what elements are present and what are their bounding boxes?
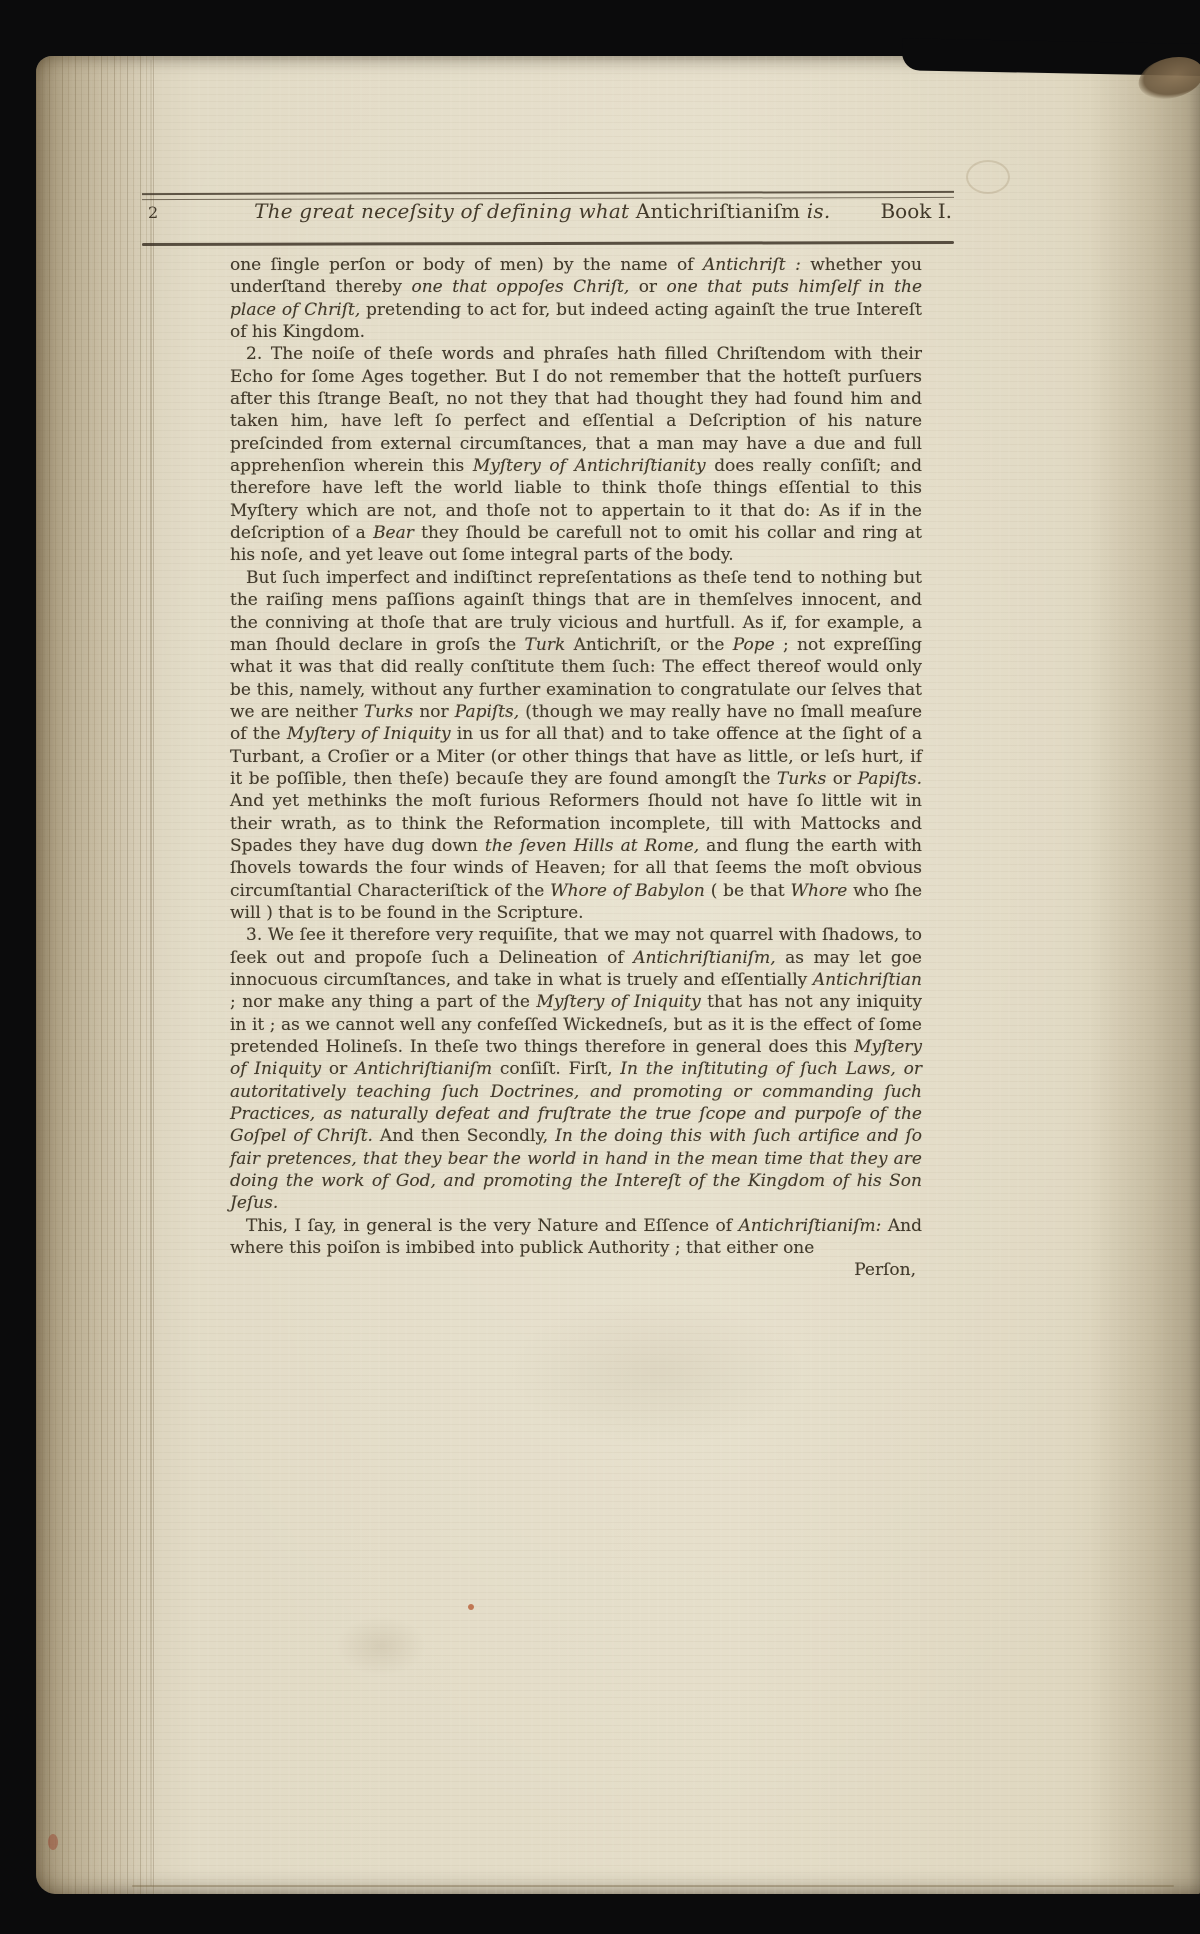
italic-run: Pope — [733, 635, 775, 655]
italic-run: Papiſts, — [455, 702, 519, 722]
roman-run: or — [826, 769, 857, 789]
paragraph: But ſuch imperfect and indiſtinct repreſ… — [230, 567, 922, 925]
italic-run: Whore of Babylon — [550, 881, 705, 901]
italic-run: Antichriſtianiſm: — [739, 1216, 882, 1236]
running-title-is: is. — [807, 199, 831, 223]
bottom-edge-line — [132, 1885, 1174, 1887]
paragraph: one ſingle perſon or body of men) by the… — [230, 254, 922, 343]
roman-run: This, I ſay, in general is the very Natu… — [246, 1216, 739, 1236]
italic-run: Antichriſt : — [703, 255, 810, 275]
italic-run: one that oppoſes Chriſt, — [412, 277, 630, 297]
roman-run: ( be that — [705, 881, 791, 901]
page-stack-fore-edge — [36, 56, 154, 1894]
roman-run: or — [321, 1059, 355, 1079]
book-label: Book I. — [880, 199, 954, 223]
roman-run: one ſingle perſon or body of men) by the… — [230, 255, 703, 275]
page-number: 2 — [142, 203, 204, 222]
stain — [336, 1616, 426, 1676]
italic-run: Turks — [364, 702, 413, 722]
italic-run: Bear — [373, 523, 414, 543]
book-page: 2 The great neceſsity of defining what A… — [36, 56, 1200, 1894]
italic-run: Antichriſtianiſm — [355, 1059, 492, 1079]
stain — [966, 160, 1010, 194]
italic-run: Whore — [791, 881, 848, 901]
running-header: 2 The great neceſsity of defining what A… — [142, 199, 954, 235]
italic-run: Myſtery of Iniquity — [536, 992, 700, 1012]
photo-background: { "page_header": { "page_number": "2", "… — [0, 0, 1200, 1934]
roman-run: ; nor make any thing a part of the — [230, 992, 536, 1012]
text-block: one ſingle perſon or body of men) by the… — [230, 254, 922, 1282]
stain — [506, 1296, 806, 1446]
running-title: The great neceſsity of defining what Ant… — [204, 199, 880, 223]
edge-mark — [48, 1834, 58, 1850]
italic-run: Myſtery of Iniquity — [287, 724, 451, 744]
italic-run: Turks — [777, 769, 826, 789]
italic-run: Antichriſtianiſm, — [633, 948, 775, 968]
italic-run: the ſeven Hills at Rome, — [485, 836, 699, 856]
paragraph: This, I ſay, in general is the very Natu… — [230, 1215, 922, 1260]
italic-run: Papiſts. — [858, 769, 922, 789]
header-rule-bottom — [142, 241, 954, 246]
paragraph: 2. The noiſe of theſe words and phraſes … — [230, 343, 922, 566]
ink-speck — [468, 1604, 474, 1610]
roman-run: Antichriſt, or the — [565, 635, 733, 655]
roman-run: And then Secondly, — [373, 1126, 555, 1146]
italic-run: Antichriſtian — [813, 970, 922, 990]
catchword: Perſon, — [230, 1259, 922, 1281]
italic-run: Turk — [525, 635, 566, 655]
running-title-italic: The great neceſsity of defining what — [254, 199, 629, 223]
gutter-shadow — [1090, 56, 1200, 1894]
running-title-roman: Antichriſtianiſm — [629, 199, 807, 223]
roman-run: or — [629, 277, 666, 297]
leaf-edge-line — [150, 60, 152, 1886]
paragraph: 3. We ſee it therefore very requiſite, t… — [230, 924, 922, 1214]
roman-run: nor — [413, 702, 455, 722]
italic-run: Myſtery of Antichriſtianity — [473, 456, 706, 476]
roman-run: conſiſt. Firſt, — [492, 1059, 620, 1079]
